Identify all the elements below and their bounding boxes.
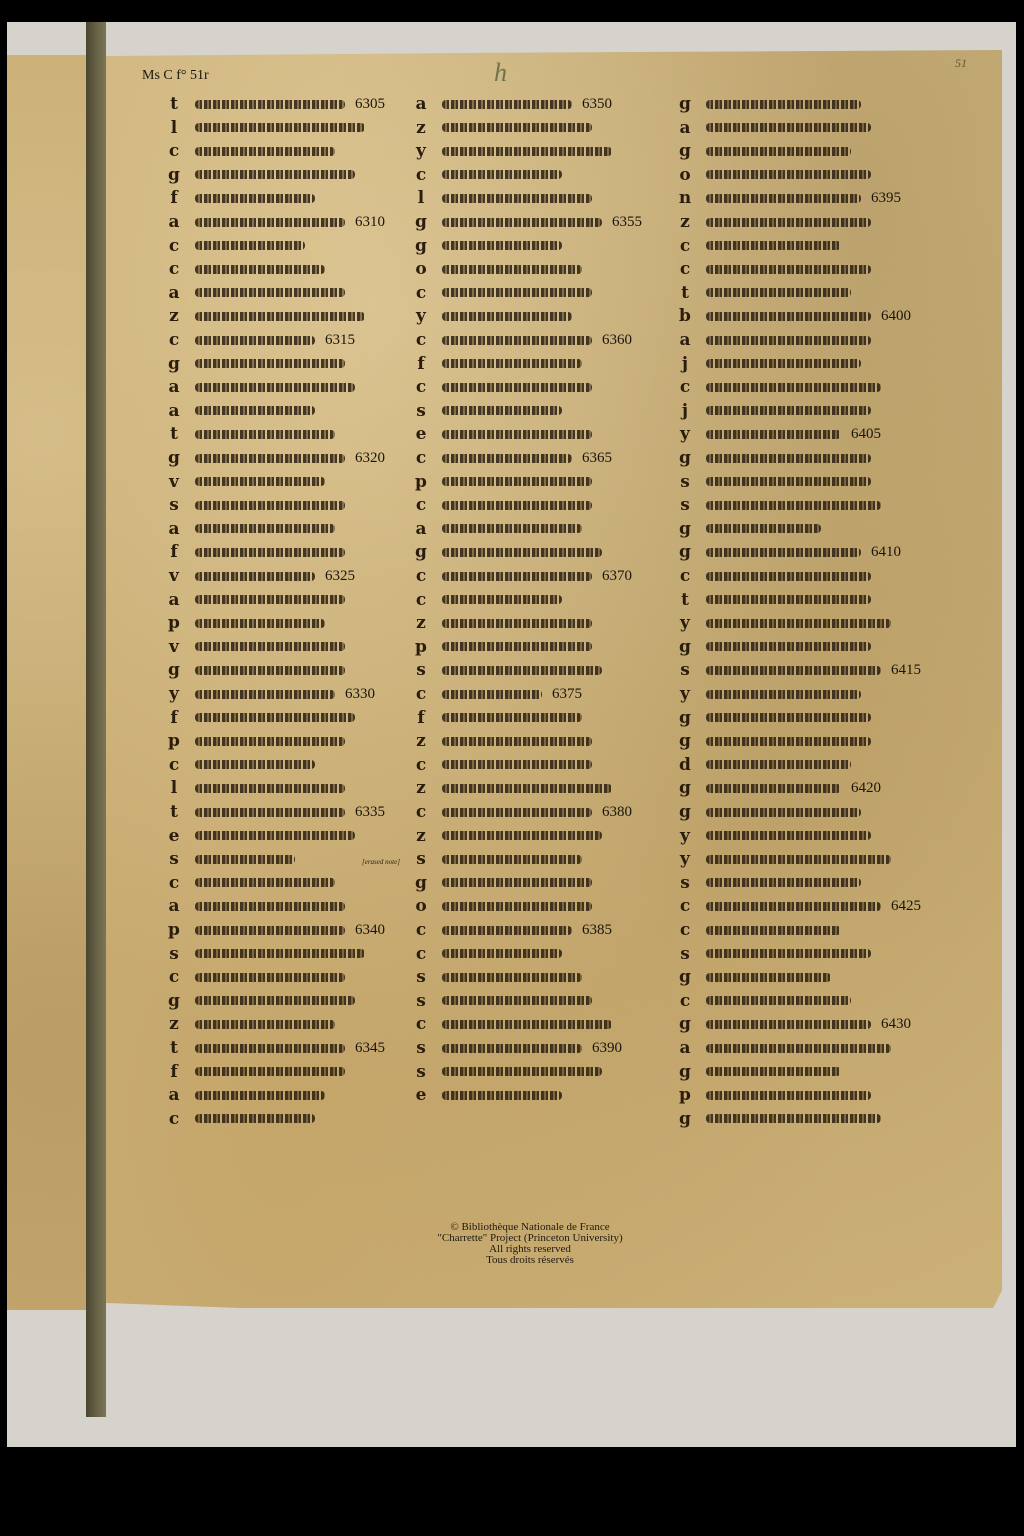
verse-initial: d xyxy=(676,755,694,775)
verse-line: z xyxy=(412,611,592,635)
verse-line: a xyxy=(165,281,345,305)
verse-line: y xyxy=(676,682,861,706)
handwritten-text xyxy=(442,902,592,911)
verse-line: g xyxy=(676,1060,841,1084)
verse-initial: c xyxy=(412,165,430,185)
verse-line: y xyxy=(676,824,871,848)
verse-initial: g xyxy=(412,212,430,232)
verse-initial: g xyxy=(165,660,183,680)
verse-line: l xyxy=(165,776,345,800)
handwritten-text xyxy=(442,572,592,581)
handwritten-text xyxy=(706,996,851,1005)
verse-line: c xyxy=(676,989,851,1013)
verse-initial: c xyxy=(676,259,694,279)
verse-initial: e xyxy=(412,1085,430,1105)
verse-line: a xyxy=(676,116,871,140)
verse-initial: t xyxy=(165,94,183,114)
verse-initial: t xyxy=(165,802,183,822)
verse-initial: a xyxy=(165,1085,183,1105)
verse-line: s xyxy=(165,847,295,871)
verse-initial: s xyxy=(676,944,694,964)
handwritten-text xyxy=(442,147,612,156)
handwritten-text xyxy=(195,926,345,935)
handwritten-text xyxy=(706,477,871,486)
verse-line: c xyxy=(412,493,592,517)
line-number: 6350 xyxy=(582,96,612,113)
verse-initial: s xyxy=(676,472,694,492)
handwritten-text xyxy=(195,288,345,297)
verse-line: g xyxy=(165,658,345,682)
verse-initial: g xyxy=(676,778,694,798)
verse-line: g xyxy=(676,635,871,659)
handwritten-text xyxy=(195,973,345,982)
verse-initial: v xyxy=(165,637,183,657)
verse-line: s xyxy=(412,399,562,423)
handwritten-text xyxy=(442,123,592,132)
verse-line: s xyxy=(165,493,345,517)
verse-initial: s xyxy=(412,401,430,421)
verse-line: c6360 xyxy=(412,328,632,352)
verse-initial: b xyxy=(676,306,694,326)
verse-line: z xyxy=(165,1012,335,1036)
verse-initial: y xyxy=(676,849,694,869)
copyright-notice: © Bibliothèque Nationale de France "Char… xyxy=(370,1222,690,1266)
verse-line: c6370 xyxy=(412,564,632,588)
verse-line: g6420 xyxy=(676,776,881,800)
verse-initial: f xyxy=(165,1062,183,1082)
verse-initial: c xyxy=(412,755,430,775)
verse-initial: c xyxy=(676,236,694,256)
verse-initial: p xyxy=(676,1085,694,1105)
verse-line: g xyxy=(676,92,861,116)
verse-line: s xyxy=(676,470,871,494)
handwritten-text xyxy=(442,737,592,746)
handwritten-text xyxy=(195,1020,335,1029)
verse-line: y xyxy=(412,139,612,163)
verse-line: g xyxy=(676,729,871,753)
verse-line: y xyxy=(676,847,891,871)
line-number: 6325 xyxy=(325,568,355,585)
handwritten-text xyxy=(442,1044,582,1053)
verse-line: t6335 xyxy=(165,800,385,824)
handwritten-text xyxy=(442,996,592,1005)
verse-initial: y xyxy=(676,424,694,444)
handwritten-text xyxy=(442,713,582,722)
line-number: 6400 xyxy=(881,308,911,325)
verse-line: a xyxy=(165,375,355,399)
line-number: 6340 xyxy=(355,922,385,939)
handwritten-text xyxy=(442,808,592,817)
verse-initial: o xyxy=(412,259,430,279)
verse-initial: p xyxy=(165,731,183,751)
verse-initial: f xyxy=(412,708,430,728)
line-number: 6345 xyxy=(355,1040,385,1057)
manuscript-label: Ms C f° 51r xyxy=(142,68,209,84)
verse-line: p xyxy=(412,470,592,494)
verse-line: g6320 xyxy=(165,446,385,470)
handwritten-text xyxy=(442,1020,612,1029)
verse-line: g xyxy=(676,139,851,163)
verse-initial: y xyxy=(676,613,694,633)
verse-line: t xyxy=(676,281,851,305)
handwritten-text xyxy=(442,524,582,533)
handwritten-text xyxy=(195,548,345,557)
verse-initial: y xyxy=(676,684,694,704)
verse-initial: t xyxy=(676,283,694,303)
verse-line: l xyxy=(412,186,592,210)
handwritten-text xyxy=(442,218,602,227)
handwritten-text xyxy=(442,194,592,203)
handwritten-text xyxy=(706,288,851,297)
verse-initial: c xyxy=(412,920,430,940)
verse-initial: z xyxy=(412,778,430,798)
verse-line: g xyxy=(412,871,592,895)
verse-line: z xyxy=(412,776,612,800)
verse-initial: g xyxy=(676,141,694,161)
verse-line: s xyxy=(676,871,861,895)
handwritten-text xyxy=(706,1091,871,1100)
verse-initial: a xyxy=(412,94,430,114)
handwritten-text xyxy=(706,430,841,439)
verse-initial: g xyxy=(676,519,694,539)
verse-initial: y xyxy=(676,826,694,846)
verse-initial: t xyxy=(676,590,694,610)
handwritten-text xyxy=(706,123,871,132)
handwritten-text xyxy=(706,737,871,746)
line-number: 6360 xyxy=(602,332,632,349)
handwritten-text xyxy=(195,713,355,722)
verse-line: j xyxy=(676,399,871,423)
verse-initial: c xyxy=(412,330,430,350)
line-number: 6425 xyxy=(891,898,921,915)
handwritten-text xyxy=(442,642,592,651)
verse-line: g6355 xyxy=(412,210,642,234)
verse-line: g xyxy=(412,234,562,258)
verse-initial: c xyxy=(412,944,430,964)
verse-line: s xyxy=(412,965,582,989)
handwritten-text xyxy=(442,855,582,864)
verse-line: v xyxy=(165,470,325,494)
handwritten-text xyxy=(195,690,335,699)
verse-line: c xyxy=(676,234,841,258)
handwritten-text xyxy=(442,831,602,840)
verse-line: g xyxy=(676,965,831,989)
handwritten-text xyxy=(195,336,315,345)
verse-initial: z xyxy=(165,306,183,326)
handwritten-text xyxy=(442,878,592,887)
handwritten-text xyxy=(442,359,582,368)
verse-line: z xyxy=(412,116,592,140)
handwritten-text xyxy=(706,642,871,651)
verse-initial: c xyxy=(412,684,430,704)
verse-initial: e xyxy=(412,424,430,444)
verse-initial: g xyxy=(676,1109,694,1129)
handwritten-text xyxy=(195,312,365,321)
verse-line: v6325 xyxy=(165,564,355,588)
handwritten-text xyxy=(195,737,345,746)
handwritten-text xyxy=(195,241,305,250)
verse-line: g6410 xyxy=(676,540,901,564)
verse-initial: j xyxy=(676,401,694,421)
verse-initial: g xyxy=(676,542,694,562)
handwritten-text xyxy=(195,595,345,604)
verse-initial: z xyxy=(165,1014,183,1034)
handwritten-text xyxy=(706,194,861,203)
handwritten-text xyxy=(442,430,592,439)
verse-line: f xyxy=(165,540,345,564)
handwritten-text xyxy=(195,359,345,368)
handwritten-text xyxy=(195,406,315,415)
verse-line: e xyxy=(412,1083,562,1107)
verse-line: a6350 xyxy=(412,92,612,116)
verse-line: a xyxy=(165,1083,325,1107)
verse-initial: a xyxy=(165,896,183,916)
verse-initial: g xyxy=(676,967,694,987)
verse-initial: z xyxy=(412,731,430,751)
verse-line: f xyxy=(412,706,582,730)
verse-initial: c xyxy=(412,448,430,468)
handwritten-text xyxy=(195,265,325,274)
handwritten-text xyxy=(195,666,345,675)
verse-line: c xyxy=(412,163,562,187)
handwritten-text xyxy=(442,760,592,769)
handwritten-text xyxy=(442,784,612,793)
handwritten-text xyxy=(442,690,542,699)
verse-initial: l xyxy=(165,778,183,798)
handwritten-text xyxy=(706,454,871,463)
handwritten-text xyxy=(442,336,592,345)
handwritten-text xyxy=(706,1044,891,1053)
verse-initial: g xyxy=(412,236,430,256)
handwritten-text xyxy=(442,973,582,982)
verse-line: c xyxy=(412,588,562,612)
handwritten-text xyxy=(706,383,881,392)
verse-initial: c xyxy=(165,873,183,893)
line-number: 6380 xyxy=(602,804,632,821)
handwritten-text xyxy=(195,100,345,109)
handwritten-text xyxy=(442,926,572,935)
verse-initial: c xyxy=(412,590,430,610)
verse-line: v xyxy=(165,635,345,659)
verse-line: c xyxy=(165,139,335,163)
verse-initial: c xyxy=(412,377,430,397)
handwritten-text xyxy=(195,524,335,533)
verse-initial: z xyxy=(676,212,694,232)
verse-line: t6305 xyxy=(165,92,385,116)
handwritten-text xyxy=(706,241,841,250)
verse-line: s xyxy=(165,942,365,966)
handwritten-text xyxy=(442,548,602,557)
verse-initial: c xyxy=(412,566,430,586)
handwritten-text xyxy=(195,477,325,486)
handwritten-text xyxy=(442,477,592,486)
verse-initial: s xyxy=(412,849,430,869)
verse-initial: g xyxy=(676,731,694,751)
handwritten-text xyxy=(706,855,891,864)
handwritten-text xyxy=(195,123,365,132)
verse-initial: c xyxy=(676,991,694,1011)
verse-initial: c xyxy=(412,283,430,303)
verse-initial: s xyxy=(412,1038,430,1058)
verse-initial: z xyxy=(412,613,430,633)
verse-line: c xyxy=(165,1107,315,1131)
verse-line: y xyxy=(676,611,891,635)
verse-line: s xyxy=(676,493,881,517)
line-number: 6310 xyxy=(355,214,385,231)
verse-line: g xyxy=(165,352,345,376)
verse-initial: c xyxy=(412,1014,430,1034)
verse-line: j xyxy=(676,352,861,376)
verse-line: o xyxy=(412,894,592,918)
handwritten-text xyxy=(195,808,345,817)
handwritten-text xyxy=(195,949,365,958)
verse-initial: g xyxy=(676,637,694,657)
verse-initial: o xyxy=(676,165,694,185)
verse-line: f xyxy=(165,706,355,730)
handwritten-text xyxy=(706,808,861,817)
verse-line: c xyxy=(165,965,345,989)
verse-initial: g xyxy=(165,354,183,374)
handwritten-text xyxy=(706,147,851,156)
handwritten-text xyxy=(442,1091,562,1100)
verse-initial: y xyxy=(412,141,430,161)
verse-initial: s xyxy=(412,660,430,680)
verse-line: g xyxy=(412,540,602,564)
verse-line: b6400 xyxy=(676,304,911,328)
handwritten-text xyxy=(195,501,345,510)
verse-line: p xyxy=(165,611,325,635)
handwritten-text xyxy=(195,619,325,628)
verse-initial: c xyxy=(165,236,183,256)
handwritten-text xyxy=(706,619,891,628)
handwritten-text xyxy=(195,1067,345,1076)
handwritten-text xyxy=(195,572,315,581)
verse-initial: l xyxy=(412,188,430,208)
line-number: 6335 xyxy=(355,804,385,821)
verse-line: g xyxy=(165,163,355,187)
verse-line: f xyxy=(165,186,315,210)
binding-gutter xyxy=(86,22,106,1417)
verse-initial: c xyxy=(412,495,430,515)
verse-line: c xyxy=(412,942,562,966)
handwritten-text xyxy=(706,524,821,533)
line-number: 6370 xyxy=(602,568,632,585)
verse-initial: g xyxy=(676,1014,694,1034)
handwritten-text xyxy=(706,784,841,793)
verse-initial: l xyxy=(165,118,183,138)
verse-line: c xyxy=(165,753,315,777)
verse-initial: a xyxy=(165,377,183,397)
verse-line: c xyxy=(676,564,871,588)
handwritten-text xyxy=(706,831,871,840)
verse-line: s xyxy=(676,942,871,966)
verse-initial: s xyxy=(676,660,694,680)
handwritten-text xyxy=(706,265,871,274)
verse-initial: f xyxy=(165,542,183,562)
verse-initial: g xyxy=(165,448,183,468)
handwritten-text xyxy=(442,619,592,628)
verse-line: p6340 xyxy=(165,918,385,942)
verse-initial: t xyxy=(165,424,183,444)
line-number: 6395 xyxy=(871,190,901,207)
verse-line: c6385 xyxy=(412,918,612,942)
handwritten-text xyxy=(442,312,572,321)
verse-line: c xyxy=(676,375,881,399)
handwritten-text xyxy=(706,666,881,675)
handwritten-text xyxy=(442,595,562,604)
verse-line: t xyxy=(165,422,335,446)
handwritten-text xyxy=(442,241,562,250)
verse-line: g6430 xyxy=(676,1012,911,1036)
verse-line: o xyxy=(412,257,582,281)
handwritten-text xyxy=(195,760,315,769)
verse-line: a xyxy=(412,517,582,541)
verse-initial: a xyxy=(165,283,183,303)
verse-initial: t xyxy=(165,1038,183,1058)
verse-line: c xyxy=(412,281,592,305)
verse-line: c6365 xyxy=(412,446,612,470)
verse-line: o xyxy=(676,163,871,187)
verse-line: c6380 xyxy=(412,800,632,824)
verse-line: t xyxy=(676,588,871,612)
handwritten-text xyxy=(195,996,355,1005)
verse-initial: p xyxy=(165,920,183,940)
verse-initial: c xyxy=(165,259,183,279)
verse-initial: s xyxy=(412,967,430,987)
handwritten-text xyxy=(195,194,315,203)
handwritten-text xyxy=(195,855,295,864)
verse-line: c xyxy=(412,753,592,777)
verse-line: a xyxy=(165,588,345,612)
verse-line: z xyxy=(412,729,592,753)
line-number: 6305 xyxy=(355,96,385,113)
handwritten-text xyxy=(442,383,592,392)
verse-line: f xyxy=(165,1060,345,1084)
verse-initial: z xyxy=(412,118,430,138)
verse-initial: a xyxy=(676,1038,694,1058)
verse-line: g xyxy=(676,517,821,541)
verse-initial: g xyxy=(165,165,183,185)
handwritten-text xyxy=(706,336,871,345)
handwritten-text xyxy=(706,359,861,368)
verse-line: p xyxy=(412,635,592,659)
line-number: 6375 xyxy=(552,686,582,703)
verse-line: g xyxy=(676,446,871,470)
handwritten-text xyxy=(706,902,881,911)
verse-line: z xyxy=(412,824,602,848)
handwritten-text xyxy=(706,1114,881,1123)
handwritten-text xyxy=(706,100,861,109)
line-number: 6315 xyxy=(325,332,355,349)
verse-line: a xyxy=(165,399,315,423)
verse-initial: c xyxy=(165,967,183,987)
handwritten-text xyxy=(442,170,562,179)
handwritten-text xyxy=(706,501,881,510)
verse-initial: c xyxy=(412,802,430,822)
verse-initial: c xyxy=(676,920,694,940)
marginal-note: [erased note] xyxy=(362,858,400,866)
handwritten-text xyxy=(706,690,861,699)
verse-line: g xyxy=(676,1107,881,1131)
verse-line: y6405 xyxy=(676,422,881,446)
verse-initial: p xyxy=(412,472,430,492)
verse-line: c xyxy=(165,234,305,258)
verse-line: s xyxy=(412,1060,602,1084)
verse-initial: g xyxy=(676,448,694,468)
verse-initial: y xyxy=(165,684,183,704)
verse-line: p xyxy=(165,729,345,753)
line-number: 6410 xyxy=(871,544,901,561)
